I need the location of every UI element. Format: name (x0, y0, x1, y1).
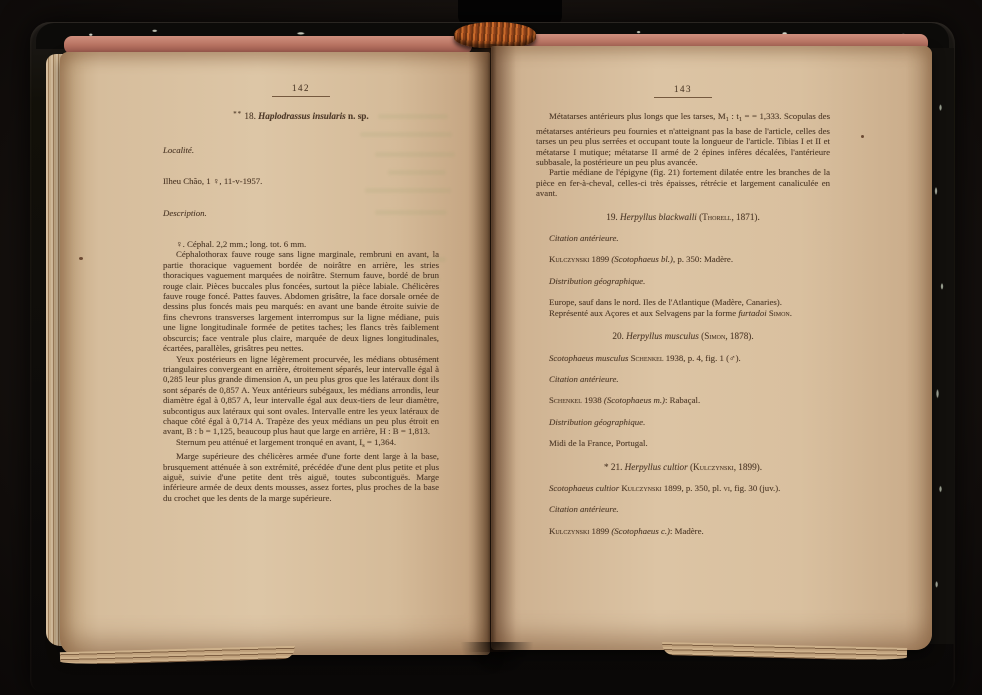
distribution-label: Distribution géographique. (536, 276, 830, 286)
continuation-body: Métatarses antérieurs plus longs que les… (536, 111, 830, 198)
page-number-143: 143 (654, 84, 712, 98)
fly-speck (79, 257, 83, 260)
species-heading-21: * 21. Herpyllus cultior (Kulczynski, 189… (536, 462, 830, 472)
page-number-value: 143 (674, 84, 692, 94)
citation-label: Citation antérieure. (536, 233, 830, 243)
synonym-20: Scotophaeus musculus Schenkel 1938, p. 4… (536, 353, 830, 363)
citation-21: Kulczynski 1899 (Scotophaeus c.): Madère… (536, 526, 830, 536)
headband (454, 22, 536, 48)
distribution-label: Distribution géographique. (536, 417, 830, 427)
distribution-20: Midi de la France, Portugal. (536, 438, 830, 448)
species-heading-18: ** 18. Haplodrassus insularis n. sp. (163, 110, 439, 121)
fly-speck (861, 135, 864, 138)
distribution-19-acores: Représenté aux Açores et aux Selvagens p… (536, 308, 830, 318)
paragraph-sternum: Sternum peu atténué et largement tronqué… (163, 437, 439, 451)
species-heading-20: 20. Herpyllus musculus (Simon, 1878). (536, 331, 830, 341)
description-body: ♀. Céphal. 2,2 mm.; long. tot. 6 mm. Cép… (163, 239, 439, 503)
left-page-text-column: 142 ** 18. Haplodrassus insularis n. sp.… (163, 83, 439, 503)
paragraph-yeux: Yeux postérieurs en ligne légèrement pro… (163, 354, 439, 437)
species-heading-19: 19. Herpyllus blackwalli (Thorell, 1871)… (536, 212, 830, 222)
paragraph-metatarses: Métatarses antérieurs plus longs que les… (536, 111, 830, 167)
citation-19: Kulczynski 1899 (Scotophaeus bl.), p. 35… (536, 254, 830, 264)
description-label: Description. (163, 208, 439, 218)
distribution-19-europe: Europe, sauf dans le nord. Iles de l'Atl… (536, 297, 830, 307)
citation-label: Citation antérieure. (536, 504, 830, 514)
page-number-value: 142 (292, 83, 310, 93)
synonym-21: Scotophaeus cultior Kulczynski 1899, p. … (536, 483, 830, 493)
citation-label: Citation antérieure. (536, 374, 830, 384)
locality-value: Ilheu Chão, 1 ♀, 11-v-1957. (163, 176, 439, 186)
paragraph-epigyne: Partie médiane de l'épigyne (fig. 21) fo… (536, 167, 830, 198)
citation-20: Schenkel 1938 (Scotophaeus m.): Rabaçal. (536, 395, 830, 405)
paragraph-marge: Marge supérieure des chélicères armée d'… (163, 451, 439, 503)
locality-label: Localité. (163, 145, 439, 155)
measurements-line: ♀. Céphal. 2,2 mm.; long. tot. 6 mm. (163, 239, 439, 249)
open-book-photo: 142 ** 18. Haplodrassus insularis n. sp.… (0, 0, 982, 695)
page-number-142: 142 (272, 83, 330, 97)
right-page-text-column: 143 Métatarses antérieurs plus longs que… (536, 84, 830, 536)
paragraph-cephalothorax: Céphalothorax fauve rouge sans ligne mar… (163, 249, 439, 353)
gutter-bottom-shadow (460, 642, 534, 678)
